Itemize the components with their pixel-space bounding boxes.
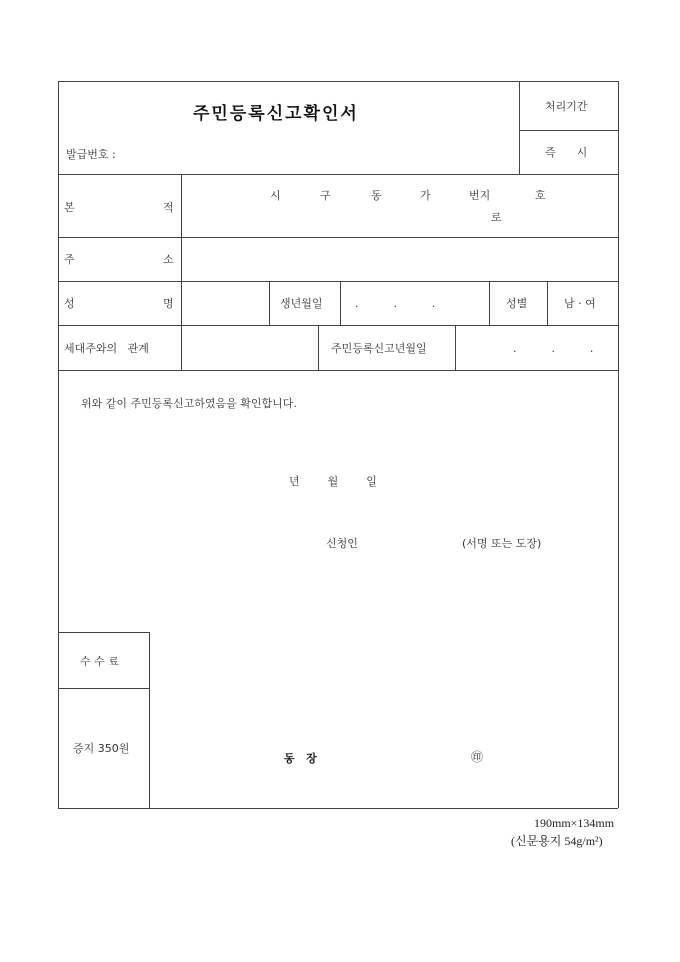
processing-divider [519,130,618,131]
processing-period-value: 즉 시 [545,146,587,159]
domicile-label-right: 적 [163,201,174,214]
birth-date-label: 생년월일 [280,297,323,310]
domicile-unit-si: 시 [270,189,281,202]
gender-options[interactable]: 남 · 여 [564,297,596,310]
fee-box-top [58,632,149,633]
domicile-field[interactable] [182,175,618,237]
form-title: 주민등록신고확인서 [193,99,359,124]
domicile-label-left: 본 [64,201,75,214]
relation-label: 세대주와의 관계 [64,342,149,355]
header-divider [519,81,520,174]
name-label-right: 명 [163,297,174,310]
birth-label-left-line [269,281,270,325]
confirmation-text: 위와 같이 주민등록신고하였음을 확인합니다. [81,397,297,410]
address-field[interactable] [182,238,618,281]
domicile-unit-dong: 동 [371,189,382,202]
fee-box-right [149,632,150,808]
relation-field[interactable] [182,326,318,370]
gender-label-right-line [547,281,548,325]
applicant-signature-field[interactable] [365,530,455,556]
issue-number-field[interactable] [120,140,510,168]
fee-value: 증지 350원 [73,742,129,755]
domicile-unit-beonji: 번지 [469,189,490,202]
domicile-unit-ga: 가 [420,189,431,202]
domicile-unit-ro: 로 [491,211,502,224]
official-label: 동 장 [284,752,317,765]
address-label-right: 소 [163,253,174,266]
paper-size: 190mm×134mm [534,817,614,830]
gender-label: 성별 [506,297,527,310]
domicile-unit-ho: 호 [535,189,546,202]
processing-period-label: 처리기간 [545,100,588,113]
fee-box-middle [58,688,149,689]
border-left [58,81,59,808]
gender-label-left-line [489,281,490,325]
domicile-unit-gu: 구 [320,189,331,202]
report-date-dots: . . . [513,342,593,355]
applicant-label: 신청인 [326,537,358,550]
signature-hint: (서명 또는 도장) [462,537,541,550]
row-line-4 [58,370,618,371]
fee-label: 수 수 료 [80,655,119,668]
report-date-label: 주민등록신고년월일 [331,342,427,355]
name-label-left: 성 [64,297,75,310]
row-line-2 [58,281,618,282]
border-right [618,81,619,808]
seal-icon: ㊞ [471,751,483,764]
report-date-left-line [318,325,319,370]
name-field[interactable] [182,282,269,325]
paper-type: (신문용지 54g/m²) [511,835,603,848]
birth-date-dots: . . . [355,297,435,310]
issue-number-label: 발급번호 : [66,148,116,161]
border-bottom [58,808,618,809]
border-top [58,81,618,82]
date-line: 년 월 일 [289,475,377,488]
address-label-left: 주 [64,253,75,266]
